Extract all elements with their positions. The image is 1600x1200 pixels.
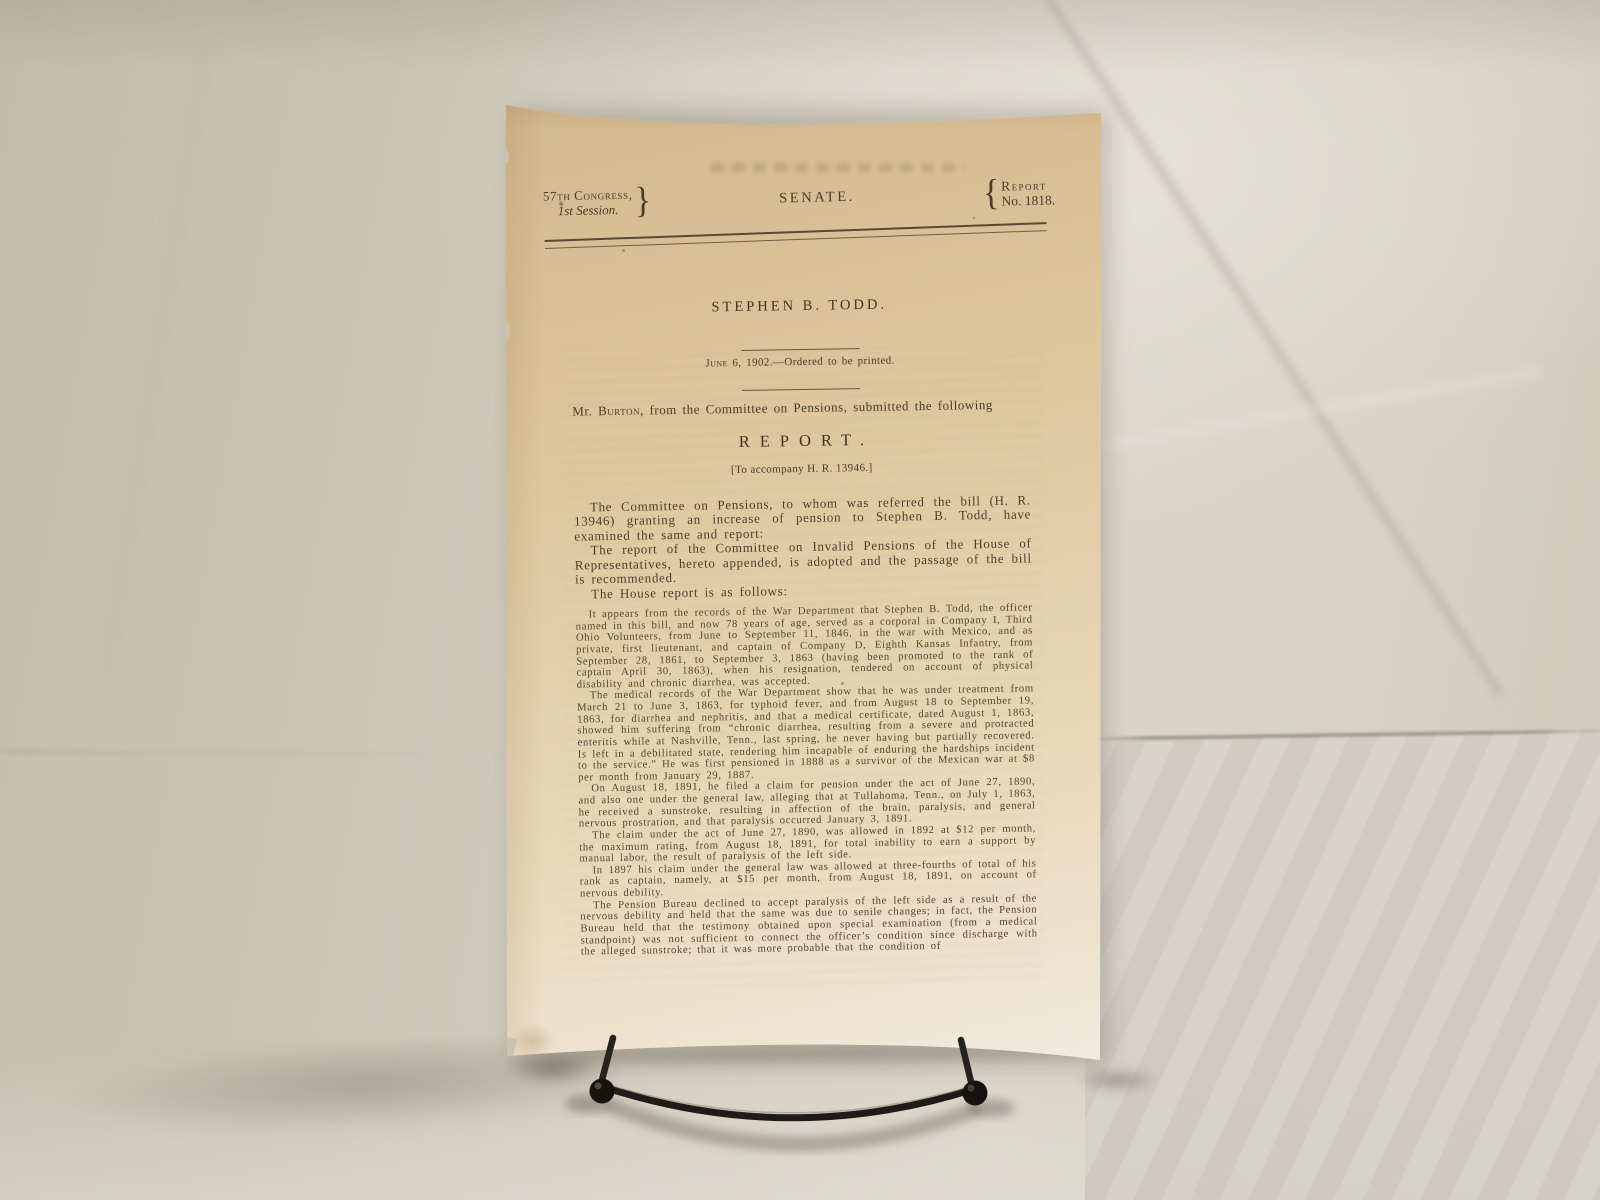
- report-number: No. 1818.: [1001, 192, 1055, 208]
- masthead-congress-block: 57th Congress, 1st Session.: [543, 187, 633, 219]
- chamber-title: SENATE.: [653, 186, 981, 210]
- date-line: June 6, 1902.—Ordered to be printed.: [500, 351, 1101, 372]
- house-report-paragraph: The Pension Bureau declined to accept pa…: [580, 893, 1038, 958]
- stand-foot-left: [590, 1079, 615, 1104]
- submitted-line: Mr. Burton, from the Committee on Pensio…: [572, 396, 1032, 419]
- left-brace-glyph: }: [632, 183, 653, 220]
- photo-of-senate-report: 57th Congress, 1st Session. } SENATE. { …: [0, 0, 1600, 1200]
- masthead-double-rule: [545, 222, 1047, 248]
- accompany-line: [To accompany H. R. 13946.]: [501, 458, 1102, 479]
- masthead: 57th Congress, 1st Session. } SENATE. { …: [543, 175, 1056, 220]
- stand-foot-left-highlight: [595, 1083, 602, 1090]
- congress-line: 57th Congress,: [543, 187, 633, 204]
- house-report-text: It appears from the records of the War D…: [575, 602, 1037, 958]
- submitted-prefix: Mr.: [572, 403, 598, 418]
- session-line: 1st Session.: [543, 202, 633, 219]
- stand-foot-right-highlight: [968, 1085, 975, 1092]
- house-report-paragraph: On August 18, 1891, he filed a claim for…: [578, 777, 1036, 831]
- report-heading: REPORT.: [501, 426, 1102, 455]
- date-rest: 6, 1902.—Ordered to be printed.: [728, 355, 895, 370]
- stand-prong-left: [601, 1038, 613, 1084]
- masthead-report-block: Report No. 1818.: [1001, 177, 1055, 208]
- separator-rule-bottom: [742, 388, 860, 391]
- stand-hoop-highlight: [603, 1083, 972, 1113]
- separator-rule-top: [741, 348, 859, 351]
- stand-foot-right: [963, 1081, 988, 1106]
- submitted-rest: , from the Committee on Pensions, submit…: [640, 397, 993, 418]
- committee-paragraph: The report of the Committee on Invalid P…: [574, 537, 1032, 588]
- foxing-speck: [973, 217, 975, 219]
- house-report-paragraph: The medical records of the War Departmen…: [577, 684, 1035, 784]
- submitter-name: Burton: [598, 403, 640, 419]
- house-report-paragraph: It appears from the records of the War D…: [575, 602, 1033, 691]
- foxing-speck: [622, 249, 625, 252]
- document-title: STEPHEN B. TODD.: [499, 293, 1100, 319]
- date-month: June: [705, 357, 728, 369]
- right-corner-shadow: [1076, 1066, 1160, 1094]
- stand-prong-right: [961, 1040, 972, 1086]
- report-word: Report: [1001, 177, 1055, 193]
- stand-hoop-shadow: [607, 1104, 979, 1144]
- document-page: 57th Congress, 1st Session. } SENATE. { …: [503, 97, 1104, 1062]
- display-stand: [555, 1020, 1025, 1190]
- right-brace-glyph: {: [981, 175, 1002, 212]
- committee-report-text: The Committee on Pensions, to whom was r…: [574, 493, 1033, 601]
- page-content: 57th Congress, 1st Session. } SENATE. { …: [495, 92, 1111, 1066]
- foxing-speck: [841, 682, 844, 685]
